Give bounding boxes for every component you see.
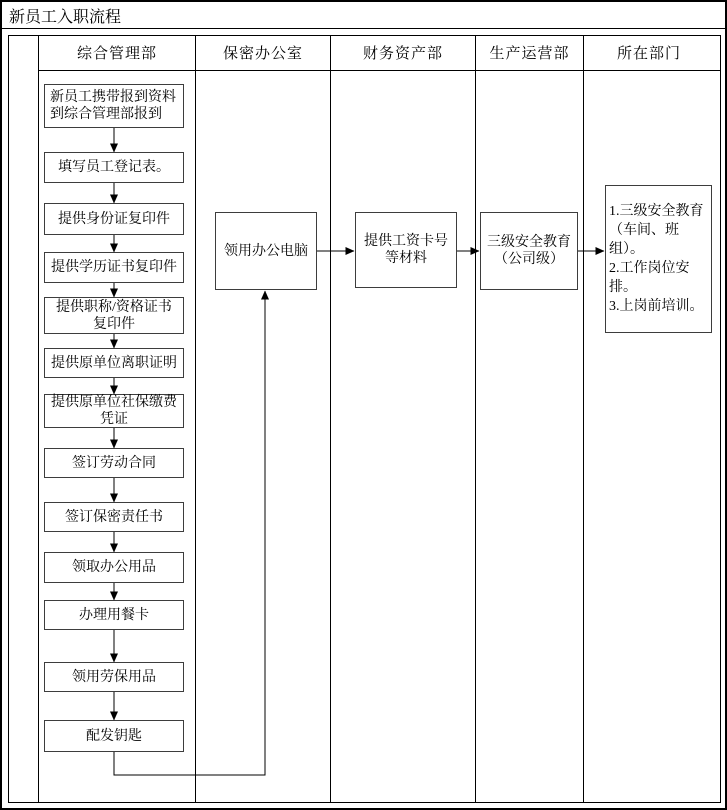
node-keys: 配发钥匙 [44, 720, 184, 752]
node-title-cert-copy: 提供职称/资格证书 复印件 [44, 297, 184, 334]
spine-divider [38, 35, 39, 803]
page-title: 新员工入职流程 [9, 4, 121, 27]
lane-divider-4 [583, 35, 584, 803]
node-office-computer: 领用办公电脑 [215, 212, 317, 290]
lane-header-home-department: 所在部门 [584, 35, 714, 70]
node-social-security-proof: 提供原单位社保缴费 凭证 [44, 394, 184, 428]
node-meal-card: 办理用餐卡 [44, 600, 184, 630]
lane-header-confidentiality-office: 保密办公室 [196, 35, 330, 70]
lane-header-general-management: 综合管理部 [39, 35, 195, 70]
lane-divider-2 [330, 35, 331, 803]
node-confidentiality-agreement: 签订保密责任书 [44, 502, 184, 532]
node-report: 新员工携带报到资料 到综合管理部报到 [44, 84, 184, 128]
flowchart-sheet: 新员工入职流程 综合管理部 保密办公室 财务资产部 生产运营部 所在部门 新员工… [0, 0, 727, 810]
node-safety-education: 三级安全教育 （公司级） [480, 212, 578, 290]
lane-divider-3 [475, 35, 476, 803]
node-labor-protection: 领用劳保用品 [44, 662, 184, 692]
node-labor-contract: 签订劳动合同 [44, 448, 184, 478]
lane-header-finance-assets: 财务资产部 [331, 35, 475, 70]
lane-divider-1 [195, 35, 196, 803]
node-office-supplies: 领取办公用品 [44, 552, 184, 583]
node-resignation-proof: 提供原单位离职证明 [44, 348, 184, 378]
node-registration-form: 填写员工登记表。 [44, 152, 184, 183]
node-salary-card: 提供工资卡号 等材料 [355, 212, 457, 288]
title-bar: 新员工入职流程 [2, 2, 725, 29]
header-underline [38, 70, 721, 71]
lane-header-production-operations: 生产运营部 [476, 35, 583, 70]
node-dept-arrangements: 1.三级安全教育 （车间、班 组）。 2.工作岗位安 排。 3.上岗前培训。 [605, 185, 712, 333]
node-id-copy: 提供身份证复印件 [44, 203, 184, 235]
node-diploma-copy: 提供学历证书复印件 [44, 252, 184, 283]
